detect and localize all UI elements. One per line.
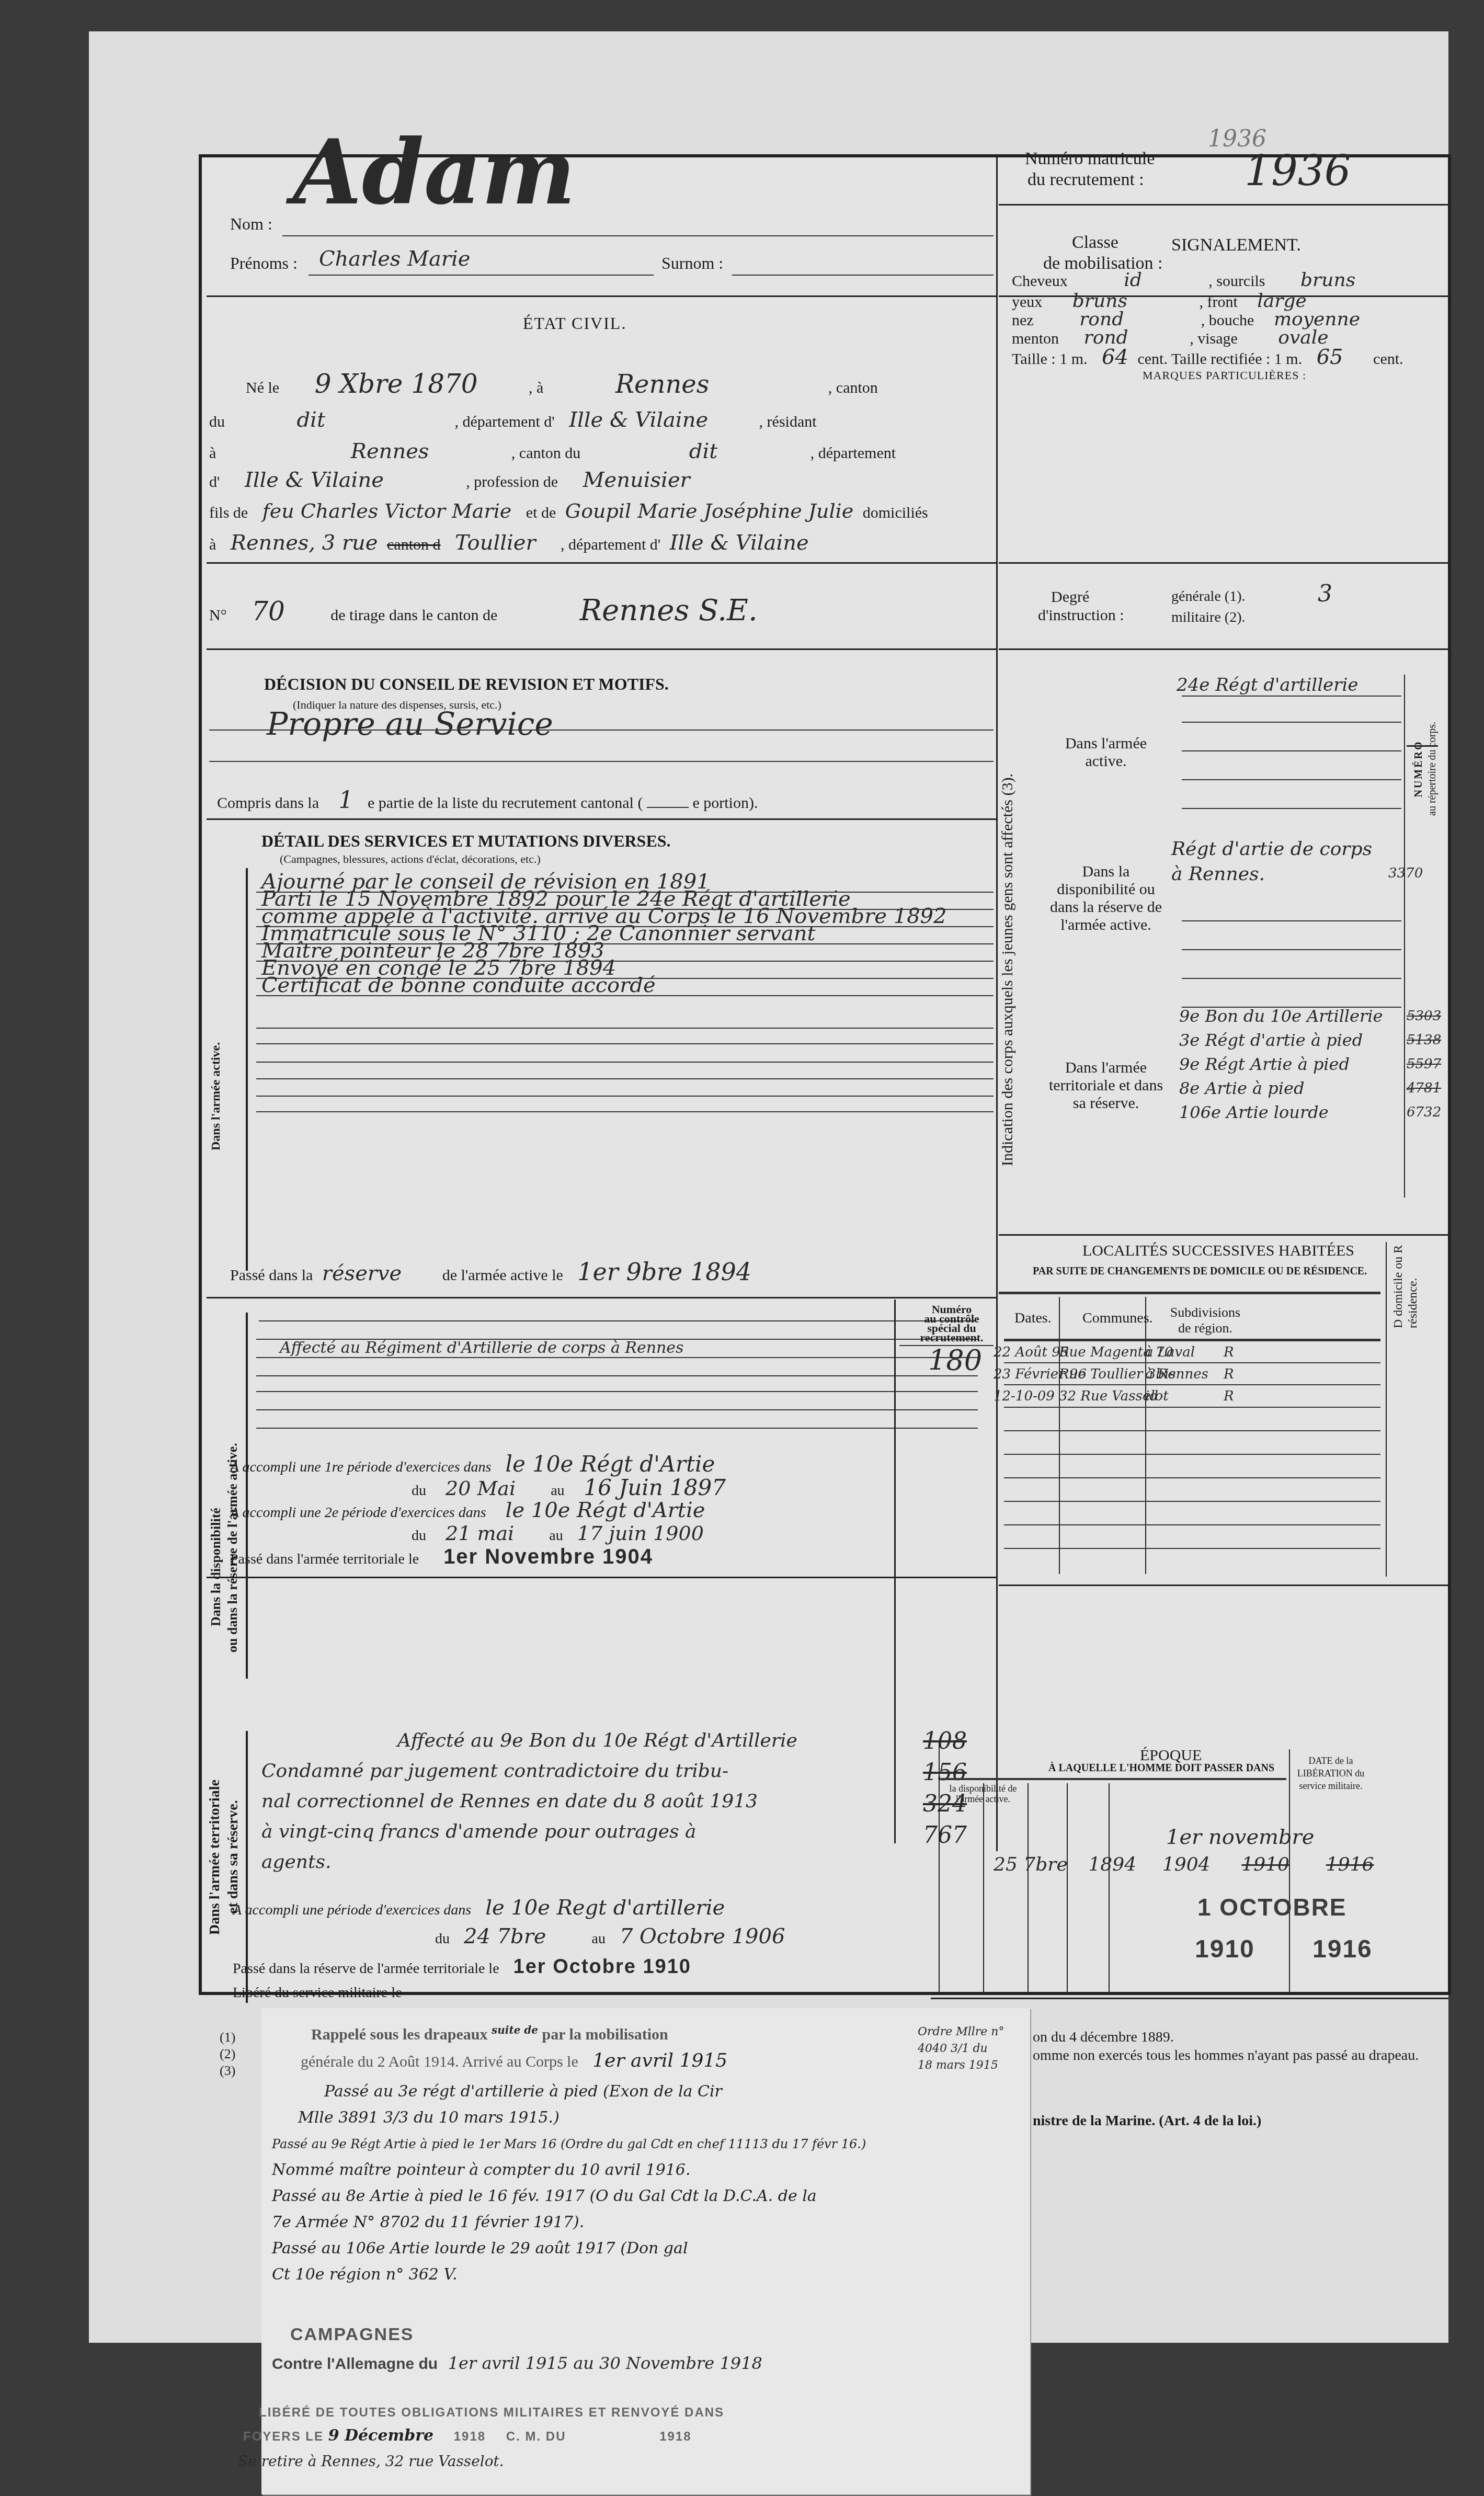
passe-territoriale-value: 1er Novembre 1904 <box>443 1545 653 1568</box>
ne-le-label: Né le <box>246 379 279 396</box>
passe-territoriale-label: Passé dans l'armée territoriale le <box>230 1551 419 1567</box>
numero-matricule-value: 1936 <box>1245 146 1351 195</box>
prenoms-label: Prénoms : <box>230 254 298 273</box>
numero-controle-label: Numéro au contrôle spécial du recrutemen… <box>907 1305 996 1342</box>
footnote-fragment-2: omme non exercés tous les hommes n'ayant… <box>1033 2047 1419 2064</box>
prenoms-value: Charles Marie <box>319 247 470 271</box>
disponibilite-side-label-1: Dans la disponibilité <box>208 1508 224 1626</box>
periode2-du-value: 21 mai <box>446 1522 514 1545</box>
passe-reserve-mid-label: de l'armée active le <box>442 1267 563 1284</box>
slip-line: Mlle 3891 3/3 du 10 mars 1915.) <box>298 2105 866 2131</box>
periode1-corps: le 10e Régt d'Artie <box>505 1451 715 1477</box>
canton-label: , canton <box>828 379 878 396</box>
passe-reserve-date: 1er 9bre 1894 <box>577 1258 751 1286</box>
canton-value: dit <box>297 408 325 432</box>
slip-lines: Passé au 3e régt d'artillerie à pied (Ex… <box>272 2079 866 2288</box>
territoriale-line: nal correctionnel de Rennes en date du 8… <box>261 1786 797 1817</box>
periode1-au-label: au <box>551 1483 564 1499</box>
cent-label: cent. <box>1373 350 1403 368</box>
services-subtitle: (Campagnes, blessures, actions d'éclat, … <box>280 852 541 866</box>
slip-line: Nommé maître pointeur à compter du 10 av… <box>272 2157 866 2183</box>
residence-value: Rennes <box>351 439 429 463</box>
periode1-au-value: 16 Juin 1897 <box>584 1475 726 1500</box>
signalement-title: SIGNALEMENT. <box>1171 235 1301 255</box>
pere-value: feu Charles Victor Marie <box>262 499 512 522</box>
portion-label: e portion). <box>692 794 758 812</box>
retire-line: Se retire à Rennes, 32 rue Vasselot. <box>238 2453 504 2470</box>
slip-line: Passé au 8e Artie à pied le 16 fév. 1917… <box>272 2183 866 2209</box>
et-de-label: et de <box>526 504 556 521</box>
campagne-line: Contre l'Allemagne du 1er avril 1915 au … <box>272 2353 762 2373</box>
periode3-label: A accompli une période d'exercices dans <box>233 1902 471 1918</box>
profession-label: , profession de <box>466 473 558 491</box>
tirage-canton-value: Rennes S.E. <box>580 594 758 628</box>
territoriale-line: Condamné par jugement contradictoire du … <box>261 1756 797 1786</box>
du-label: du <box>209 413 225 430</box>
foyers-date: 9 Décembre <box>328 2426 433 2445</box>
canton-du-label: , canton du <box>511 445 580 462</box>
periode1-du-value: 20 Mai <box>446 1477 516 1500</box>
arrive-value: 1er avril 1915 <box>592 2050 727 2071</box>
corps-territoriale-label: Dans l'armée territoriale et dans sa rés… <box>1046 1059 1166 1112</box>
periode2-label: A accompli une 2e période d'exercices da… <box>230 1505 486 1521</box>
date-naissance-value: 9 Xbre 1870 <box>315 369 478 399</box>
mere-value: Goupil Marie Joséphine Julie <box>565 499 853 522</box>
canton-struck-label: canton d <box>387 536 440 553</box>
slip-line: Ct 10e région n° 362 V. <box>272 2262 866 2288</box>
epoque-territoriale-value: 1904 <box>1162 1854 1236 1875</box>
periode3-du-label: du <box>435 1931 450 1947</box>
campagne-value: 1er avril 1915 au 30 Novembre 1918 <box>448 2353 762 2373</box>
corps-disponibilite-number: 3370 <box>1388 865 1423 881</box>
localites-title: LOCALITÉS SUCCESSIVES HABITÉES <box>1082 1242 1354 1260</box>
footnote-markers: (1) (2) (3) <box>220 2029 235 2079</box>
periode3-corps: le 10e Regt d'artillerie <box>485 1896 725 1920</box>
passe-reserve-value: réserve <box>322 1261 402 1285</box>
epoque-subtitle: À LAQUELLE L'HOMME DOIT PASSER DANS <box>1048 1762 1274 1774</box>
periode3-au-value: 7 Octobre 1906 <box>620 1924 785 1948</box>
instruction-generale-value: 3 <box>1318 580 1332 607</box>
surnom-label: Surnom : <box>661 254 723 273</box>
numero-controle-value: 180 <box>928 1344 982 1377</box>
periode2-au-label: au <box>549 1528 563 1544</box>
controle-number: 767 <box>923 1820 967 1851</box>
departement2-label: , département <box>811 445 896 462</box>
slip-line: 7e Armée N° 8702 du 11 février 1917). <box>272 2209 866 2236</box>
departement-label: , département d' <box>454 413 554 430</box>
stamp-octobre: 1 OCTOBRE <box>1197 1893 1347 1921</box>
epoque-reserve-active-value: 1894 <box>1088 1854 1156 1875</box>
territoriale-side-label-1: Dans l'armée territoriale <box>207 1780 223 1935</box>
corps-territoriale-values: 9e Bon du 10e Artillerie 3e Régt d'artie… <box>1179 1004 1383 1124</box>
periode1-du-label: du <box>412 1483 426 1499</box>
slip-line: Passé au 3e régt d'artillerie à pied (Ex… <box>324 2079 866 2105</box>
passe-reserve-terr-label: Passé dans la réserve de l'armée territo… <box>233 1961 499 1977</box>
decision-value: Propre au Service <box>267 706 553 743</box>
departement2-prefix: d' <box>209 473 220 491</box>
taille-value: 64 <box>1102 345 1128 369</box>
localites-col-dates: Dates. <box>1014 1310 1052 1327</box>
foyers-line: FOYERS LE 9 Décembre 1918 C. M. DU 1918 <box>243 2426 692 2445</box>
compris-value: 1 <box>339 787 353 814</box>
domicile-value: Rennes, 3 rue <box>231 531 378 555</box>
departement3-value: Ille & Vilaine <box>670 531 809 555</box>
tirage-no-label: N° <box>209 607 227 624</box>
degre-label-1: Degré <box>1051 588 1089 606</box>
conseil-revision-title: DÉCISION DU CONSEIL DE REVISION ET MOTIF… <box>264 675 669 694</box>
territoriale-line: Affecté au 9e Bon du 10e Régt d'Artiller… <box>397 1726 797 1756</box>
corps-active-value: 24e Régt d'artillerie <box>1177 675 1358 696</box>
periode2-corps: le 10e Régt d'Artie <box>506 1498 705 1522</box>
departement3-label: , département d' <box>561 536 660 553</box>
nom-value: Adam <box>293 120 576 225</box>
slip-margin-note: Ordre Mllre n° 4040 3/1 du 18 mars 1915 <box>918 2024 1004 2074</box>
instruction-militaire-label: militaire (2). <box>1171 609 1246 626</box>
taille-label: Taille : 1 m. <box>1012 350 1088 368</box>
localite-row: 12-10-0932 Rue VasselotidR <box>994 1385 1234 1407</box>
canton-du-value: dit <box>689 439 717 463</box>
domicile-rue-value: Toullier <box>455 531 536 555</box>
domicilies-label: domiciliés <box>863 504 928 521</box>
taille-cent-label: cent. Taille rectifiée : 1 m. <box>1137 350 1302 368</box>
footnote-fragment-1: on du 4 décembre 1889. <box>1033 2029 1174 2046</box>
periode1-label: A accompli une 1re période d'exercices d… <box>230 1459 491 1475</box>
generale-line: générale du 2 Août 1914. Arrivé au Corps… <box>301 2050 727 2071</box>
cheveux-value: id <box>1124 269 1142 291</box>
stamp-year-1910: 1910 <box>1195 1935 1255 1964</box>
partie-label: e partie de la liste du recrutement cant… <box>368 794 643 812</box>
localites-col-domicile: D domicile ou R résidence. <box>1391 1234 1420 1328</box>
lieu-naissance-value: Rennes <box>615 370 709 399</box>
instruction-generale-label: générale (1). <box>1171 588 1245 605</box>
residant-a-label: à <box>209 445 216 462</box>
departement2-value: Ille & Vilaine <box>245 468 384 492</box>
marques-particulieres-label: MARQUES PARTICULIÈRES : <box>1143 369 1306 382</box>
cheveux-label: Cheveux <box>1012 272 1068 290</box>
classe-label-1: Classe <box>1072 233 1118 253</box>
passe-reserve-label: Passé dans la <box>230 1267 313 1284</box>
epoque-values: 25 7bre 1894 1904 1910 1916 <box>994 1854 1374 1875</box>
epoque-col-disponibilite: la disponibilité de l'armée active. <box>941 1783 1025 1804</box>
taille-rectifiee-value: 65 <box>1317 345 1343 369</box>
periode2-au-value: 17 juin 1900 <box>577 1522 704 1545</box>
profession-value: Menuisier <box>583 468 690 492</box>
localites-col-communes: Communes. <box>1082 1310 1153 1327</box>
date-liberation-label: DATE de la LIBÉRATION du service militai… <box>1297 1754 1365 1792</box>
libere-label: Libéré du service militaire le <box>233 1985 402 2001</box>
compris-label: Compris dans la <box>217 794 319 812</box>
territoriale-line: à vingt-cinq francs d'amende pour outrag… <box>261 1817 797 1847</box>
footnote-fragment-3: nistre de la Marine. (Art. 4 de la loi.) <box>1033 2113 1261 2129</box>
corps-territoriale-numbers: 5303 5138 5597 4781 6732 <box>1407 1004 1441 1124</box>
departement-value: Ille & Vilaine <box>569 408 708 432</box>
periode3-du-value: 24 7bre <box>464 1924 546 1948</box>
services-title: DÉTAIL DES SERVICES ET MUTATIONS DIVERSE… <box>261 831 671 851</box>
periode3-au-label: au <box>591 1931 605 1947</box>
localites-subtitle: PAR SUITE DE CHANGEMENTS DE DOMICILE OU … <box>1033 1266 1367 1278</box>
numero-matricule-label-2: du recrutement : <box>1028 170 1144 190</box>
numero-matricule-label-1: Numéro matricule <box>1025 149 1155 169</box>
libere-stamp: LIBÉRÉ DE TOUTES OBLIGATIONS MILITAIRES … <box>259 2406 724 2420</box>
sourcils-value: bruns <box>1300 269 1355 291</box>
sourcils-label: , sourcils <box>1208 272 1265 290</box>
corps-disponibilite-label: Dans la disponibilité ou dans la réserve… <box>1046 863 1166 934</box>
corps-disponibilite-values: Régt d'artie de corps à Rennes. <box>1171 837 1372 887</box>
localite-row: 22 Août 95Rue Magenta 70à LavalR <box>994 1341 1234 1363</box>
etat-civil-title: ÉTAT CIVIL. <box>523 314 626 333</box>
controle-number: 108 <box>923 1726 967 1757</box>
slip-line: Passé au 9e Régt Artie à pied le 1er Mar… <box>272 2131 866 2157</box>
territoriale-lines: Affecté au 9e Bon du 10e Régt d'Artiller… <box>261 1726 797 1877</box>
territoriale-line: agents. <box>261 1847 797 1877</box>
fils-label: fils de <box>209 504 248 521</box>
campagnes-title: CAMPAGNES <box>290 2324 414 2345</box>
residant-label: , résidant <box>759 413 817 430</box>
epoque-disponibilite-value: 25 7bre <box>994 1854 1082 1875</box>
service-line: Certificat de bonne conduite accordé <box>261 977 947 994</box>
passe-reserve-terr-value: 1er Octobre 1910 <box>513 1956 691 1978</box>
repertoire-label: NUMÉRO au répertoire du corps. <box>1412 722 1439 816</box>
localite-row: 23 Février 96Rue Toullier 3bisà RennesR <box>994 1363 1234 1385</box>
corps-active-label: Dans l'armée active. <box>1046 735 1166 770</box>
rappele-line: Rappelé sous les drapeaux suite de par l… <box>311 2024 668 2044</box>
corps-affectation-side-label: Indication des corps auxquels les jeunes… <box>999 773 1017 1166</box>
epoque-reserve-territoriale-value: 1910 <box>1241 1854 1320 1875</box>
localites-col-subdivisions: Subdivisions de région. <box>1166 1305 1245 1336</box>
tirage-label: de tirage dans le canton de <box>330 607 497 624</box>
a-label: , à <box>529 379 543 396</box>
disponibilite-line: Affecté au Régiment d'Artillerie de corp… <box>280 1339 684 1357</box>
nom-label: Nom : <box>230 214 272 234</box>
degre-label-2: d'instruction : <box>1038 607 1124 624</box>
localites-rows: 22 Août 95Rue Magenta 70à LavalR 23 Févr… <box>994 1341 1234 1407</box>
slip-line: Passé au 106e Artie lourde le 29 août 19… <box>272 2236 866 2262</box>
periode2-du-label: du <box>412 1528 426 1544</box>
domicile-a-label: à <box>209 536 216 553</box>
date-liberation-value: 1916 <box>1326 1854 1374 1875</box>
tirage-no-value: 70 <box>252 596 285 626</box>
epoque-handwritten-top: 1er novembre <box>1166 1825 1314 1849</box>
epoque-title: ÉPOQUE <box>1140 1747 1202 1764</box>
armee-active-side-label: Dans l'armée active. <box>209 1042 223 1150</box>
stamp-year-1916: 1916 <box>1312 1935 1373 1964</box>
